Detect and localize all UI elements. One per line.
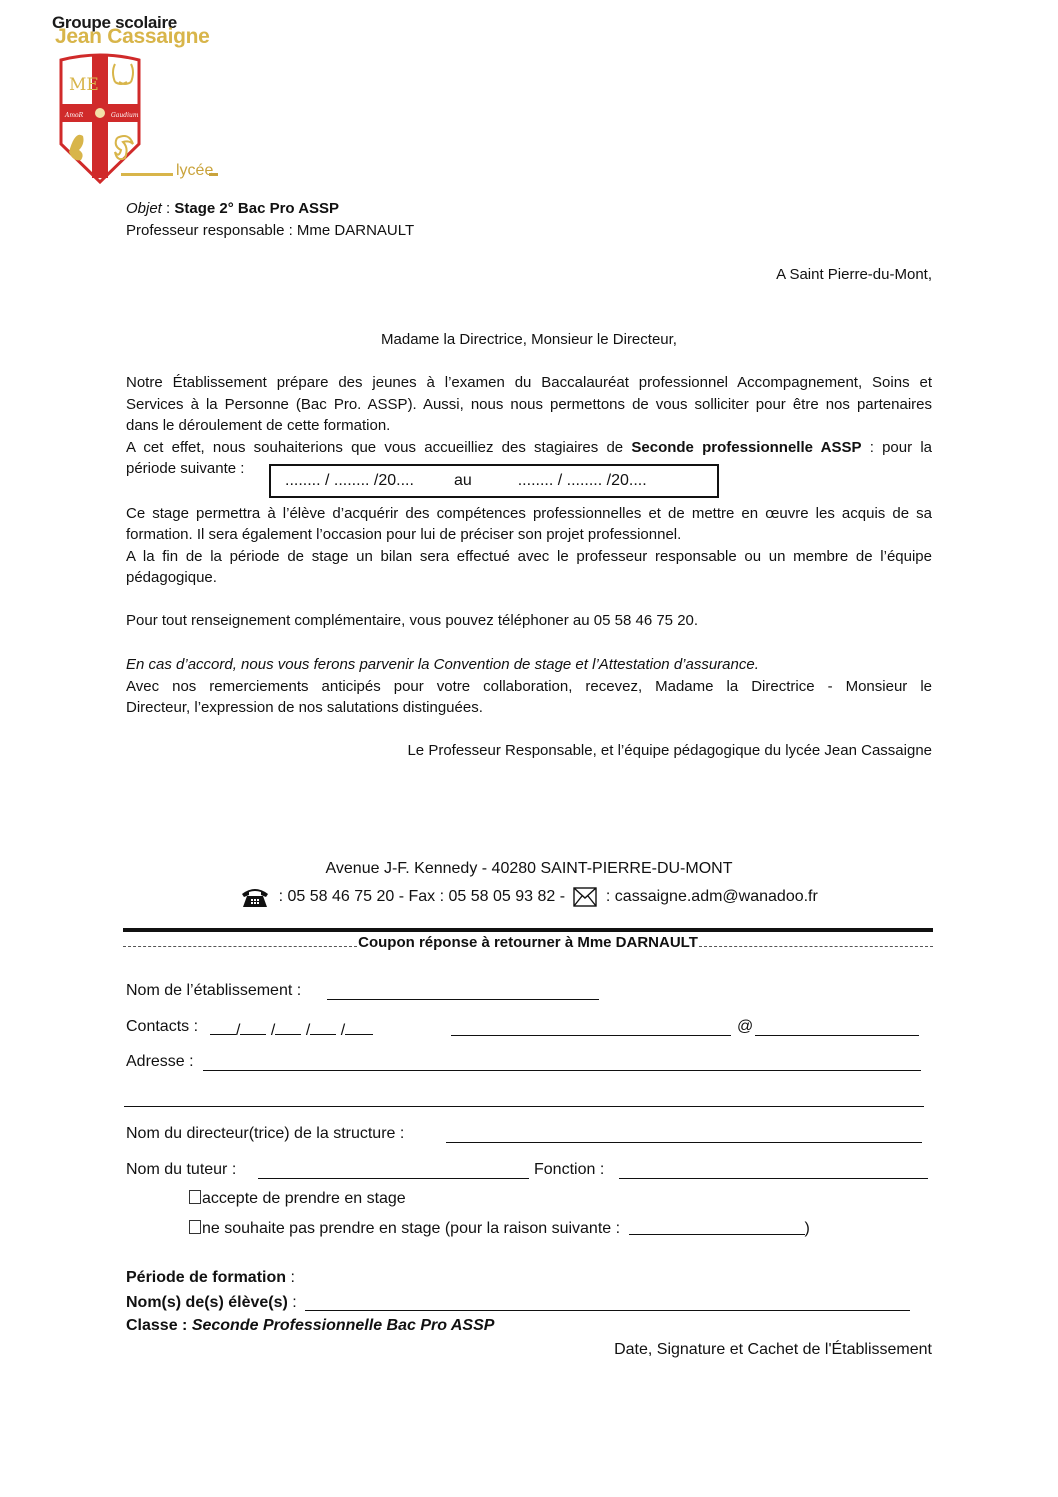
svg-text:ME: ME (69, 75, 99, 95)
telephone-icon (240, 886, 270, 908)
director-field[interactable] (446, 1142, 922, 1143)
establishment-label: Nom de l’établissement : (126, 982, 301, 1000)
period-box[interactable]: ........ / ........ /20.... au ........ … (269, 464, 719, 498)
p2-prefix: A cet effet, nous souhaiterions que vous… (126, 439, 631, 456)
students-label: Nom(s) de(s) élève(s) (126, 1294, 288, 1311)
object-separator: : (162, 200, 175, 217)
logo-decor-bar (121, 173, 173, 176)
decline-label: ne souhaite pas prendre en stage (pour l… (202, 1220, 620, 1237)
dash-left (123, 946, 357, 947)
p2-suffix: : pour la (861, 439, 932, 456)
coupon-title: Coupon réponse à retourner à Mme DARNAUL… (357, 934, 699, 951)
coupon-title-row: Coupon réponse à retourner à Mme DARNAUL… (123, 934, 933, 951)
email-at: @ (737, 1018, 753, 1036)
class-label: Classe : (126, 1317, 192, 1334)
contacts-label: Contacts : (126, 1018, 198, 1036)
decline-suffix: ) (805, 1220, 810, 1237)
logo-school-name: Jean Cassaigne (55, 25, 210, 49)
contacts-phone-field[interactable]: / / / / (210, 1018, 373, 1040)
paragraph-3-line-1: Ce stage permettra à l’élève d’acquérir … (126, 503, 932, 524)
paragraph-4-line-1: A la fin de la période de stage un bilan… (126, 546, 932, 567)
school-crest-icon: ME AmoR Gaudium (55, 52, 145, 184)
place-line: A Saint Pierre-du-Mont, (776, 264, 932, 285)
paragraph-agreement: En cas d’accord, nous vous ferons parven… (126, 654, 759, 675)
paragraph-3-line-2: formation. Il sera également l’occasion … (126, 524, 681, 545)
period-from[interactable]: ........ / ........ /20.... (285, 472, 414, 490)
training-period-row: Période de formation : (126, 1269, 295, 1287)
establishment-field[interactable] (327, 999, 599, 1000)
contacts-email-user-field[interactable] (451, 1035, 731, 1036)
signature-line: Le Professeur Responsable, et l’équipe p… (407, 740, 932, 761)
logo-decor-dash (209, 173, 218, 176)
paragraph-1-line-3: dans le déroulement de cette formation. (126, 415, 390, 436)
period-to-label: au (454, 472, 472, 490)
signature-stamp-label: Date, Signature et Cachet de l'Établisse… (614, 1341, 932, 1359)
decline-checkbox[interactable] (189, 1220, 201, 1234)
svg-text:AmoR: AmoR (64, 112, 84, 119)
school-address: Avenue J-F. Kennedy - 40280 SAINT-PIERRE… (0, 860, 1058, 878)
accept-label: accepte de prendre en stage (202, 1190, 406, 1207)
decline-reason-field[interactable] (629, 1220, 805, 1235)
email-text[interactable]: : cassaigne.adm@wanadoo.fr (601, 888, 817, 906)
svg-text:Gaudium: Gaudium (111, 112, 139, 119)
function-label: Fonction : (534, 1161, 604, 1179)
address-field-line-1[interactable] (203, 1070, 921, 1071)
logo-lycee: lycée (176, 162, 213, 180)
envelope-icon (573, 887, 597, 907)
letter-object: Objet : Stage 2° Bac Pro ASSP (126, 198, 339, 219)
students-sep: : (288, 1294, 297, 1311)
contacts-email-domain-field[interactable] (755, 1035, 919, 1036)
paragraph-1-line-1: Notre Établissement prépare des jeunes à… (126, 372, 932, 393)
accept-checkbox[interactable] (189, 1190, 201, 1204)
class-row: Classe : Seconde Professionnelle Bac Pro… (126, 1317, 494, 1335)
address-label: Adresse : (126, 1053, 194, 1071)
closing-line-1: Avec nos remerciements anticipés pour vo… (126, 676, 932, 697)
option-decline[interactable]: ne souhaite pas prendre en stage (pour l… (189, 1220, 810, 1238)
paragraph-4-line-2: pédagogique. (126, 567, 217, 588)
students-row: Nom(s) de(s) élève(s) : (126, 1294, 297, 1312)
phone-fax-text: : 05 58 46 75 20 - Fax : 05 58 05 93 82 … (274, 888, 569, 906)
closing-line-2: Directeur, l’expression de nos salutatio… (126, 697, 483, 718)
coupon-separator (123, 928, 933, 932)
director-label: Nom du directeur(trice) de la structure … (126, 1125, 404, 1143)
p2-bold: Seconde professionnelle ASSP (631, 439, 861, 456)
option-accept[interactable]: accepte de prendre en stage (189, 1190, 406, 1208)
address-field-line-2[interactable] (124, 1106, 924, 1107)
tutor-field[interactable] (258, 1178, 529, 1179)
function-field[interactable] (619, 1178, 928, 1179)
teacher-responsible: Professeur responsable : Mme DARNAULT (126, 220, 414, 241)
period-to[interactable]: ........ / ........ /20.... (518, 472, 647, 490)
paragraph-1-line-2: Services à la Personne (Bac Pro. ASSP). … (126, 394, 932, 415)
paragraph-contact: Pour tout renseignement complémentaire, … (126, 610, 698, 631)
students-field[interactable] (305, 1310, 910, 1311)
paragraph-2-line-2: période suivante : (126, 458, 244, 479)
training-period-sep: : (286, 1269, 295, 1286)
dash-right (699, 946, 933, 947)
object-label: Objet (126, 200, 162, 217)
training-period-label: Période de formation (126, 1269, 286, 1286)
class-value: Seconde Professionnelle Bac Pro ASSP (192, 1317, 495, 1334)
salutation: Madame la Directrice, Monsieur le Direct… (0, 329, 1058, 350)
paragraph-2-line-1: A cet effet, nous souhaiterions que vous… (126, 437, 932, 458)
object-value: Stage 2° Bac Pro ASSP (174, 200, 339, 217)
contact-line: : 05 58 46 75 20 - Fax : 05 58 05 93 82 … (0, 886, 1058, 908)
tutor-label: Nom du tuteur : (126, 1161, 236, 1179)
